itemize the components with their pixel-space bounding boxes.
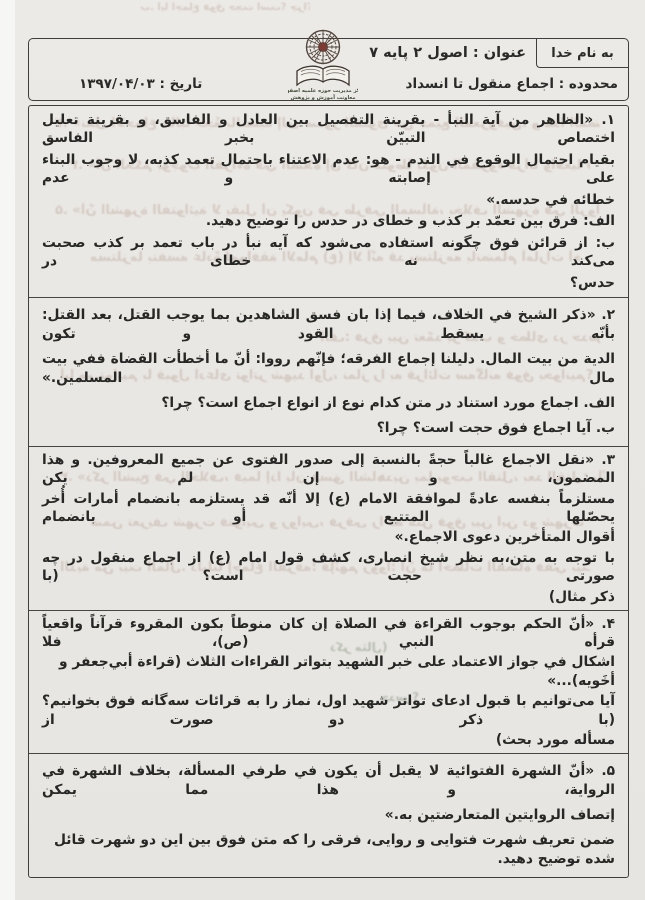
question-line: ۵. «أنّ الشهرة الفتوائية لا يقبل أن يكون… xyxy=(42,762,615,799)
question-line: بقيام احتمال الوقوع في الندم - هو: عدم ا… xyxy=(42,151,615,188)
question-line: ب: از قرائن فوق چگونه استفاده می‌شود که … xyxy=(42,234,615,271)
question-line: ب. آیا اجماع فوق حجت است؟ چرا؟ xyxy=(42,419,615,438)
scanned-exam-page: ب. آیا اجماع فوق حجت است؟ چرا؟ ۳. «نقل ا… xyxy=(0,0,645,900)
question-line: إتصاف الروايتين المتعارضتين به.» xyxy=(42,806,615,825)
logo-caption: معاونت آموزش و پژوهش xyxy=(290,93,355,101)
exam-body: ۱. «الظاهر من آية النبأ - بقرينة التفصيل… xyxy=(28,105,629,878)
question-line: اشكال في جواز الاعتماد على خبر الشهيد بت… xyxy=(42,653,615,690)
logo-emblem-icon: مرکز مدیریت حوزه علمیه اصفهان معاونت آمو… xyxy=(288,25,358,103)
question-line: مسأله مورد بحث) xyxy=(42,731,615,750)
bismillah-text: به نام خدا xyxy=(551,46,613,61)
question-line: ۱. «الظاهر من آية النبأ - بقرينة التفصيل… xyxy=(42,111,615,148)
question-line: با توجه به متن،به نظر شیخ انصاری، کشف قو… xyxy=(42,549,615,586)
question-line: ۴. «أنّ الحكم بوجوب القراءة في الصلاة إن… xyxy=(42,615,615,652)
question-line: الدية من بيت المال. دليلنا إجماع الفرقه؛… xyxy=(42,350,615,387)
bleed-through-line: ب. آیا اجماع فوق حجت است؟ چرا؟ xyxy=(140,2,310,13)
question-line: ضمن تعریف شهرت فتوایی و روایی، فرقی را ک… xyxy=(42,831,615,868)
scanner-edge xyxy=(0,0,15,900)
bismillah-box: به نام خدا xyxy=(536,39,628,68)
question-section-5: ۵. «أنّ الشهرة الفتوائية لا يقبل أن يكون… xyxy=(29,754,628,877)
exam-title: عنوان : اصول ۲ پایه ۷ xyxy=(369,45,526,61)
question-line: خطائه في حدسه.» xyxy=(42,191,615,210)
exam-date: تاریخ : ۱۳۹۷/۰۴/۰۳ xyxy=(79,76,202,92)
question-line: الف: فرق بین تعمّد بر کذب و خطای در حدس … xyxy=(42,212,615,231)
question-section-3: ۳. «نقل الاجماع غالباً حجةً بالنسبة إلى … xyxy=(29,447,628,611)
question-line: حدس؟ xyxy=(42,274,615,293)
question-line: أقوال المتأخرين دعوى الاجماع.» xyxy=(42,528,615,547)
question-section-1: ۱. «الظاهر من آية النبأ - بقرينة التفصيل… xyxy=(29,106,628,298)
question-line: ۲. «ذكر الشيخ في الخلاف، فيما إذا بان فس… xyxy=(42,306,615,343)
school-logo: مرکز مدیریت حوزه علمیه اصفهان معاونت آمو… xyxy=(288,25,358,103)
question-line: ۳. «نقل الاجماع غالباً حجةً بالنسبة إلى … xyxy=(42,451,615,488)
question-line: آیا می‌توانیم با قبول ادعای تواتر شهید ا… xyxy=(42,692,615,729)
exam-scope: محدوده : اجماع منقول تا انسداد xyxy=(406,76,618,92)
question-section-4: ۴. «أنّ الحكم بوجوب القراءة في الصلاة إن… xyxy=(29,611,628,754)
question-line: مستلزماً بنفسه عادةً لموافقة الامام (ع) … xyxy=(42,490,615,527)
logo-caption: مرکز مدیریت حوزه علمیه اصفهان xyxy=(288,88,358,94)
question-section-2: ۲. «ذكر الشيخ في الخلاف، فيما إذا بان فس… xyxy=(29,298,628,447)
question-line: الف. اجماع مورد استناد در متن کدام نوع ا… xyxy=(42,394,615,413)
question-line: ذکر مثال) xyxy=(42,588,615,607)
